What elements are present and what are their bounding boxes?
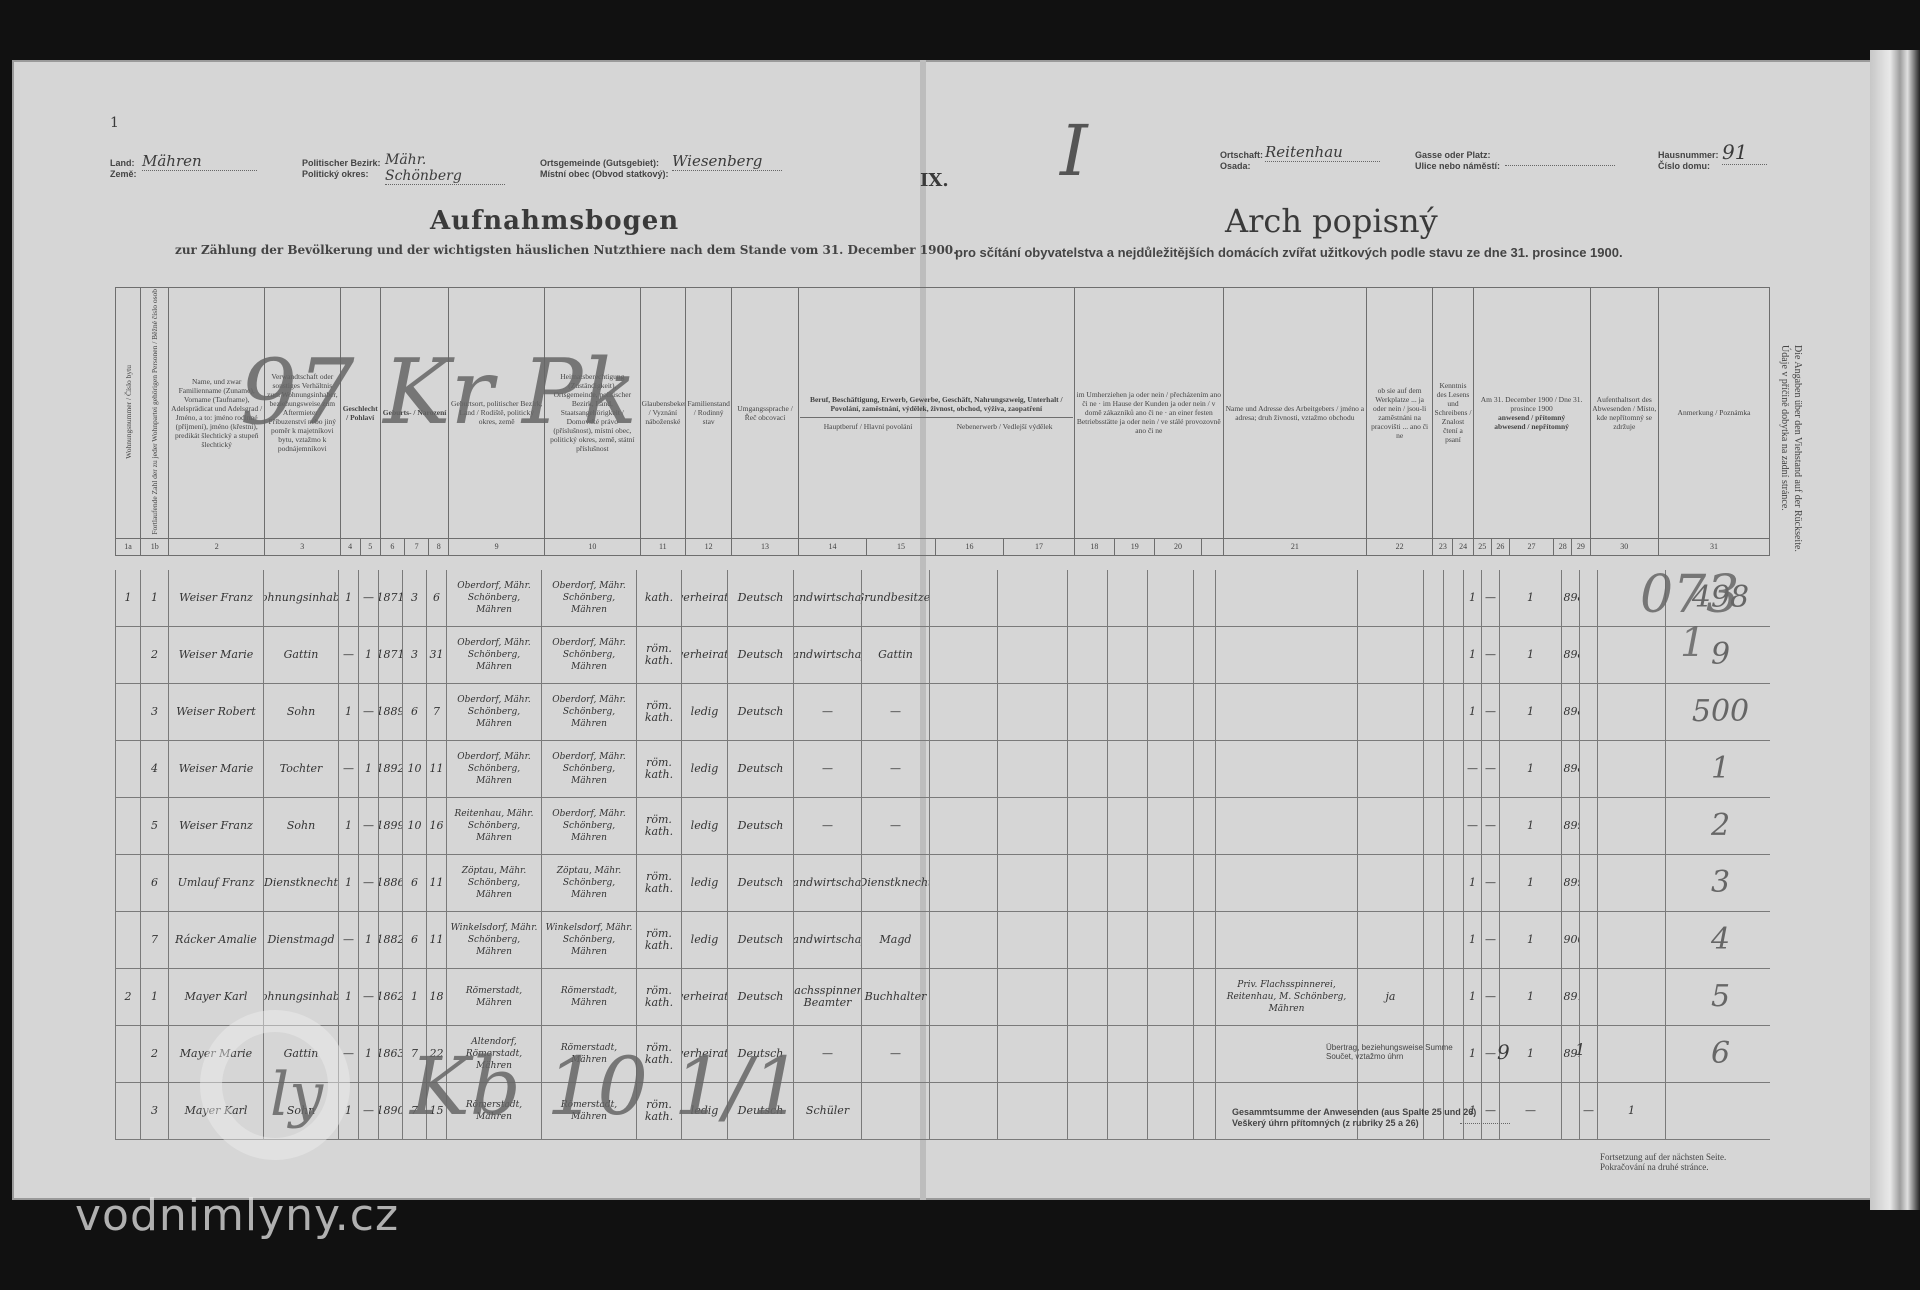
cell-m: 1 (338, 798, 358, 854)
col-no: 6 (380, 538, 404, 555)
cell-c22 (1357, 741, 1423, 797)
cell-c20 (1147, 1083, 1193, 1139)
cell-c19 (1107, 912, 1147, 968)
gewerbe-header: im Umherziehen ja oder nein / přecházení… (1074, 288, 1223, 539)
cell-c21 (1215, 855, 1357, 911)
page-number: 1 (110, 115, 119, 131)
cell-c23 (1423, 855, 1443, 911)
uebertrag-abwesend: 1 (1575, 1040, 1585, 1059)
livestock-side-note: Die Angaben über den Viehstand auf der R… (1778, 345, 1804, 552)
col-no: 29 (1572, 538, 1590, 555)
cell-c17 (997, 570, 1067, 626)
column-number-row: 1a 1b 2 3 4 5 6 7 8 9 10 11 12 13 14 15 … (116, 538, 1770, 555)
cell-c20b (1193, 855, 1215, 911)
col-no: 12 (685, 538, 731, 555)
cell-relation: Dienstknecht (263, 855, 338, 911)
cell-c1b: 7 (140, 912, 168, 968)
cell-year: 1899 (378, 798, 402, 854)
cell-c26: — (1481, 969, 1499, 1025)
col-no: 19 (1115, 538, 1155, 555)
cell-month: 10 (402, 798, 426, 854)
cell-language: Deutsch (727, 912, 793, 968)
cell-month: 6 (402, 684, 426, 740)
cell-c18 (1067, 684, 1107, 740)
gemeinde-label: Ortsgemeinde (Gutsgebiet):Místní obec (O… (540, 158, 669, 180)
table-row: 2Mayer MarieGattin—11863722Altendorf, Rö… (115, 1026, 1770, 1083)
cell-c20 (1147, 912, 1193, 968)
cell-c28: 1898 (1561, 684, 1579, 740)
pencil-scribble-bottom: Kb 10 1/1 (410, 1040, 802, 1133)
gesamt-value (1460, 1115, 1510, 1124)
col-no: 8 (429, 538, 449, 555)
cell-m: 1 (338, 684, 358, 740)
cell-position: Dienstknecht (861, 855, 929, 911)
cell-day: 11 (426, 741, 446, 797)
cell-note_pencil: 500 (1665, 684, 1775, 740)
cell-c18 (1067, 741, 1107, 797)
cell-c16 (929, 912, 997, 968)
col-no: 13 (732, 538, 798, 555)
cell-heimat: Oberdorf, Mähr. Schönberg, Mähren (541, 798, 636, 854)
cell-c29 (1579, 798, 1597, 854)
cell-heimat: Zöptau, Mähr. Schönberg, Mähren (541, 855, 636, 911)
cell-c20 (1147, 1026, 1193, 1082)
cell-c18 (1067, 798, 1107, 854)
col-no: 10 (545, 538, 641, 555)
cell-c16 (929, 627, 997, 683)
cell-c23 (1423, 684, 1443, 740)
cell-c19 (1107, 627, 1147, 683)
cell-c25: 1 (1463, 627, 1481, 683)
cell-occupation: Landwirtschaft (793, 912, 861, 968)
cell-c17 (997, 684, 1067, 740)
col-no: 3 (265, 538, 341, 555)
cell-c1b: 6 (140, 855, 168, 911)
cell-c28: 1898 (1561, 570, 1579, 626)
cell-c20 (1147, 741, 1193, 797)
cell-c27: 1 (1499, 684, 1561, 740)
cell-c21 (1215, 741, 1357, 797)
cell-c21 (1215, 684, 1357, 740)
ortschaft-label: Ortschaft:Osada: (1220, 150, 1263, 172)
col-no: 4 (340, 538, 360, 555)
cell-year: 1890 (378, 1083, 402, 1139)
cell-birthplace: Winkelsdorf, Mähr. Schönberg, Mähren (446, 912, 541, 968)
cell-birthplace: Römerstadt, Mähren (446, 969, 541, 1025)
cell-c26: — (1481, 627, 1499, 683)
cell-c28: 1891 (1561, 969, 1579, 1025)
cell-c19 (1107, 684, 1147, 740)
cell-status: ledig (681, 798, 727, 854)
cell-relation: Wohnungsinhaber (263, 570, 338, 626)
gemeinde-value: Wiesenberg (672, 152, 782, 171)
cell-birthplace: Oberdorf, Mähr. Schönberg, Mähren (446, 627, 541, 683)
cell-year: 1892 (378, 741, 402, 797)
col-no: 31 (1659, 538, 1770, 555)
cell-c20 (1147, 570, 1193, 626)
cell-c23 (1423, 798, 1443, 854)
cell-c26: — (1481, 1083, 1499, 1139)
land-label: Land:Země: (110, 158, 137, 180)
cell-c22: ja (1357, 969, 1423, 1025)
cell-language: Deutsch (727, 855, 793, 911)
cell-c29: — (1579, 1083, 1597, 1139)
col-12-header: Familienstand / Rodinný stav (685, 288, 731, 539)
cell-c1b: 2 (140, 1026, 168, 1082)
cell-c22 (1357, 684, 1423, 740)
cell-c30 (1597, 855, 1665, 911)
cell-c27: 1 (1499, 798, 1561, 854)
cell-c28 (1561, 1083, 1579, 1139)
cell-c18 (1067, 969, 1107, 1025)
cell-c30 (1597, 798, 1665, 854)
cell-c18 (1067, 1026, 1107, 1082)
col-no: 16 (935, 538, 1003, 555)
pencil-col30-top: 073 (1640, 565, 1739, 625)
cell-c18 (1067, 912, 1107, 968)
cell-position: Magd (861, 912, 929, 968)
col-no: 1b (141, 538, 169, 555)
section-mark: IX. (920, 170, 949, 191)
cell-c24 (1443, 627, 1463, 683)
pencil-col30-second: 1 (1680, 620, 1705, 666)
col-no: 25 (1473, 538, 1491, 555)
cell-c23 (1423, 570, 1443, 626)
cell-c20b (1193, 1026, 1215, 1082)
col-no: 27 (1509, 538, 1553, 555)
cell-birthplace: Oberdorf, Mähr. Schönberg, Mähren (446, 570, 541, 626)
cell-c25: 1 (1463, 855, 1481, 911)
cell-religion: röm. kath. (636, 855, 681, 911)
col-13-header: Umgangssprache / Řeč obcovací (732, 288, 798, 539)
cell-f: — (358, 570, 378, 626)
cell-c1a (115, 912, 140, 968)
cell-occupation: Flachsspinnerei Beamter (793, 969, 861, 1025)
cell-c25: — (1463, 798, 1481, 854)
cell-c16 (929, 1083, 997, 1139)
cell-position: — (861, 1026, 929, 1082)
cell-c21 (1215, 798, 1357, 854)
table-row: 6Umlauf FranzDienstknecht1—1886611Zöptau… (115, 855, 1770, 912)
cell-position: — (861, 741, 929, 797)
cell-c1b: 2 (140, 627, 168, 683)
table-row: 2Weiser MarieGattin—11871331Oberdorf, Mä… (115, 627, 1770, 684)
beruf-group-header: Beruf, Beschäftigung, Erwerb, Gewerbe, G… (798, 288, 1074, 539)
cell-c1a (115, 855, 140, 911)
cell-heimat: Römerstadt, Mähren (541, 969, 636, 1025)
cell-c24 (1443, 741, 1463, 797)
cell-c26: — (1481, 912, 1499, 968)
cell-c27: 1 (1499, 855, 1561, 911)
watermark: vodnimlyny.cz (75, 1190, 399, 1241)
cell-c17 (997, 912, 1067, 968)
cell-position: — (861, 684, 929, 740)
cell-c16 (929, 684, 997, 740)
cell-c20 (1147, 684, 1193, 740)
cell-birthplace: Zöptau, Mähr. Schönberg, Mähren (446, 855, 541, 911)
cell-occupation: — (793, 798, 861, 854)
cell-c17 (997, 969, 1067, 1025)
cell-c1a (115, 1026, 140, 1082)
col-31-header: Anmerkung / Poznámka (1659, 288, 1770, 539)
title-german: Aufnahmsbogen (430, 206, 679, 236)
cell-c20b (1193, 798, 1215, 854)
cell-note_pencil: 2 (1665, 798, 1775, 854)
cell-name: Weiser Franz (168, 798, 263, 854)
cell-c26: — (1481, 570, 1499, 626)
cell-language: Deutsch (727, 741, 793, 797)
uebertrag-label: Übertrag, beziehungsweise SummeSoučet, v… (1326, 1043, 1453, 1061)
census-rows: 11Weiser FranzWohnungsinhaber1—187136Obe… (115, 570, 1770, 1140)
cell-occupation: — (793, 741, 861, 797)
table-row: 3Weiser RobertSohn1—188967Oberdorf, Mähr… (115, 684, 1770, 741)
cell-m: — (338, 912, 358, 968)
cell-language: Deutsch (727, 969, 793, 1025)
cell-c1b: 4 (140, 741, 168, 797)
cell-c16 (929, 1026, 997, 1082)
cell-c17 (997, 1026, 1067, 1082)
cell-c29 (1579, 741, 1597, 797)
cell-c21 (1215, 912, 1357, 968)
cell-language: Deutsch (727, 684, 793, 740)
cell-c19 (1107, 969, 1147, 1025)
cell-c17 (997, 741, 1067, 797)
cell-year: 1886 (378, 855, 402, 911)
cell-note_pencil: 6 (1665, 1026, 1775, 1082)
cell-m: — (338, 741, 358, 797)
gesamt-label: Gesammtsumme der Anwesenden (aus Spalte … (1232, 1107, 1476, 1129)
col-no: 7 (405, 538, 429, 555)
cell-c1a (115, 798, 140, 854)
cell-c25: 1 (1463, 684, 1481, 740)
col-no: 22 (1366, 538, 1432, 555)
stichtag-group-header: Am 31. December 1900 / Dne 31. prosince … (1473, 288, 1590, 539)
land-value: Mähren (142, 152, 257, 171)
cell-c21: Priv. Flachsspinnerei, Reitenhau, M. Sch… (1215, 969, 1357, 1025)
cell-language: Deutsch (727, 627, 793, 683)
cell-c19 (1107, 798, 1147, 854)
cell-c17 (997, 627, 1067, 683)
cell-year: 1889 (378, 684, 402, 740)
col-no: 15 (867, 538, 935, 555)
cell-occupation: — (793, 684, 861, 740)
cell-occupation: — (793, 1026, 861, 1082)
cell-c26: — (1481, 684, 1499, 740)
page-edge-stack (1870, 50, 1920, 1210)
cell-c20 (1147, 969, 1193, 1025)
cell-language: Deutsch (727, 798, 793, 854)
continue-note: Fortsetzung auf der nächsten Seite.Pokra… (1600, 1152, 1726, 1172)
watermark-gear-icon (200, 1010, 350, 1160)
bezirk-label: Politischer Bezirk:Politický okres: (302, 158, 381, 180)
cell-position: Buchhalter (861, 969, 929, 1025)
cell-name: Umlauf Franz (168, 855, 263, 911)
cell-position: Gattin (861, 627, 929, 683)
cell-religion: kath. (636, 570, 681, 626)
cell-c24 (1443, 570, 1463, 626)
cell-status: verheirat. (681, 969, 727, 1025)
cell-name: Weiser Franz (168, 570, 263, 626)
cell-relation: Sohn (263, 798, 338, 854)
hausnummer-label: Hausnummer:Číslo domu: (1658, 150, 1719, 172)
ortschaft-value: Reitenhau (1265, 143, 1380, 162)
cell-month: 10 (402, 741, 426, 797)
cell-occupation: Landwirtschaft (793, 570, 861, 626)
cell-c1a (115, 1083, 140, 1139)
col-no: 9 (449, 538, 545, 555)
col-no: 2 (169, 538, 265, 555)
cell-c30 (1597, 684, 1665, 740)
cell-f: 1 (358, 741, 378, 797)
cell-day: 11 (426, 912, 446, 968)
cell-status: ledig (681, 855, 727, 911)
cell-year: 1871 (378, 627, 402, 683)
cell-birthplace: Oberdorf, Mähr. Schönberg, Mähren (446, 741, 541, 797)
cell-c26: — (1481, 741, 1499, 797)
cell-f: — (358, 855, 378, 911)
title-czech: Arch popisný (1225, 202, 1438, 240)
cell-c21 (1215, 570, 1357, 626)
cell-occupation: Landwirtschaft (793, 627, 861, 683)
cell-c28: 1899 (1561, 798, 1579, 854)
cell-name: Weiser Marie (168, 627, 263, 683)
cell-status: verheirat. (681, 570, 727, 626)
cell-c23 (1423, 969, 1443, 1025)
cell-m: 1 (338, 570, 358, 626)
cell-c27: 1 (1499, 570, 1561, 626)
cell-c1b: 1 (140, 570, 168, 626)
cell-c17 (997, 1083, 1067, 1139)
cell-note_pencil: 1 (1665, 741, 1775, 797)
col-30-header: Aufenthaltsort des Abwesenden / Místo, k… (1590, 288, 1658, 539)
cell-c30 (1597, 627, 1665, 683)
cell-relation: Dienstmagd (263, 912, 338, 968)
bezirk-value: Mähr. Schönberg (385, 152, 505, 185)
cell-status: ledig (681, 741, 727, 797)
cell-note_pencil: 4 (1665, 912, 1775, 968)
cell-c17 (997, 855, 1067, 911)
cell-c30 (1597, 912, 1665, 968)
cell-c24 (1443, 684, 1463, 740)
cell-c16 (929, 798, 997, 854)
cell-religion: röm. kath. (636, 684, 681, 740)
cell-relation: Sohn (263, 684, 338, 740)
cell-year: 1882 (378, 912, 402, 968)
cell-c1a: 2 (115, 969, 140, 1025)
cell-c22 (1357, 855, 1423, 911)
cell-m: — (338, 627, 358, 683)
cell-c26: — (1481, 855, 1499, 911)
col-11-header: Glaubensbekenntnis / Vyznání náboženské (640, 288, 685, 539)
col-1b-header: Fortlaufende Zahl der zu jeder Wohnparte… (141, 288, 169, 539)
cell-f: — (358, 969, 378, 1025)
cell-c24 (1443, 912, 1463, 968)
cell-c25: — (1463, 741, 1481, 797)
cell-month: 1 (402, 969, 426, 1025)
col-no: 14 (798, 538, 866, 555)
pencil-roman-mark: I (1060, 110, 1088, 192)
cell-c29 (1579, 684, 1597, 740)
cell-month: 3 (402, 570, 426, 626)
col-no: 21 (1223, 538, 1366, 555)
table-row: 21Mayer KarlWohnungsinhaber1—1862118Röme… (115, 969, 1770, 1026)
cell-c25: 1 (1463, 912, 1481, 968)
col-no: 23 (1433, 538, 1453, 555)
cell-status: ledig (681, 912, 727, 968)
cell-position: Grundbesitzer (861, 570, 929, 626)
cell-day: 7 (426, 684, 446, 740)
cell-language: Deutsch (727, 570, 793, 626)
cell-c1b: 5 (140, 798, 168, 854)
col-no: 24 (1453, 538, 1473, 555)
cell-religion: röm. kath. (636, 969, 681, 1025)
cell-name: Rácker Amalie (168, 912, 263, 968)
cell-position (861, 1083, 929, 1139)
cell-c20b (1193, 1083, 1215, 1139)
cell-month: 3 (402, 627, 426, 683)
col-21-header: Name und Adresse des Arbeitgebers / jmén… (1223, 288, 1366, 539)
cell-c19 (1107, 855, 1147, 911)
cell-month: 6 (402, 912, 426, 968)
cell-c20b (1193, 741, 1215, 797)
cell-f: 1 (358, 1026, 378, 1082)
cell-day: 6 (426, 570, 446, 626)
cell-c24 (1443, 969, 1463, 1025)
cell-c28: 1898 (1561, 627, 1579, 683)
col-no: 26 (1491, 538, 1509, 555)
cell-c24 (1443, 855, 1463, 911)
cell-c20 (1147, 798, 1193, 854)
cell-c22 (1357, 570, 1423, 626)
cell-c19 (1107, 1026, 1147, 1082)
cell-c20 (1147, 855, 1193, 911)
col-no: 28 (1554, 538, 1572, 555)
col-no (1201, 538, 1223, 555)
cell-c19 (1107, 741, 1147, 797)
col-1a-header: Wohnungsnummer / Číslo bytu (116, 288, 141, 539)
cell-c26: — (1481, 798, 1499, 854)
cell-occupation: Schüler (793, 1083, 861, 1139)
cell-heimat: Winkelsdorf, Mähr. Schönberg, Mähren (541, 912, 636, 968)
cell-c16 (929, 741, 997, 797)
cell-c18 (1067, 570, 1107, 626)
cell-c1b: 3 (140, 1083, 168, 1139)
cell-c22 (1357, 798, 1423, 854)
cell-c27: 1 (1499, 627, 1561, 683)
cell-c27: 1 (1499, 741, 1561, 797)
col-no: 11 (640, 538, 685, 555)
cell-heimat: Oberdorf, Mähr. Schönberg, Mähren (541, 741, 636, 797)
cell-religion: röm. kath. (636, 741, 681, 797)
cell-c30 (1597, 1026, 1665, 1082)
cell-heimat: Oberdorf, Mähr. Schönberg, Mähren (541, 684, 636, 740)
col-no: 18 (1074, 538, 1114, 555)
cell-position: — (861, 798, 929, 854)
cell-f: — (358, 798, 378, 854)
cell-c20 (1147, 627, 1193, 683)
cell-day: 11 (426, 855, 446, 911)
cell-month: 6 (402, 855, 426, 911)
cell-c28: 1898 (1561, 741, 1579, 797)
cell-religion: röm. kath. (636, 912, 681, 968)
col-22-header: ob sie auf dem Werkplatze ... ja oder ne… (1366, 288, 1432, 539)
cell-name: Weiser Robert (168, 684, 263, 740)
cell-c25: 1 (1463, 570, 1481, 626)
table-row: 7Rácker AmalieDienstmagd—11882611Winkels… (115, 912, 1770, 969)
cell-heimat: Oberdorf, Mähr. Schönberg, Mähren (541, 570, 636, 626)
cell-c17 (997, 798, 1067, 854)
cell-c1a: 1 (115, 570, 140, 626)
